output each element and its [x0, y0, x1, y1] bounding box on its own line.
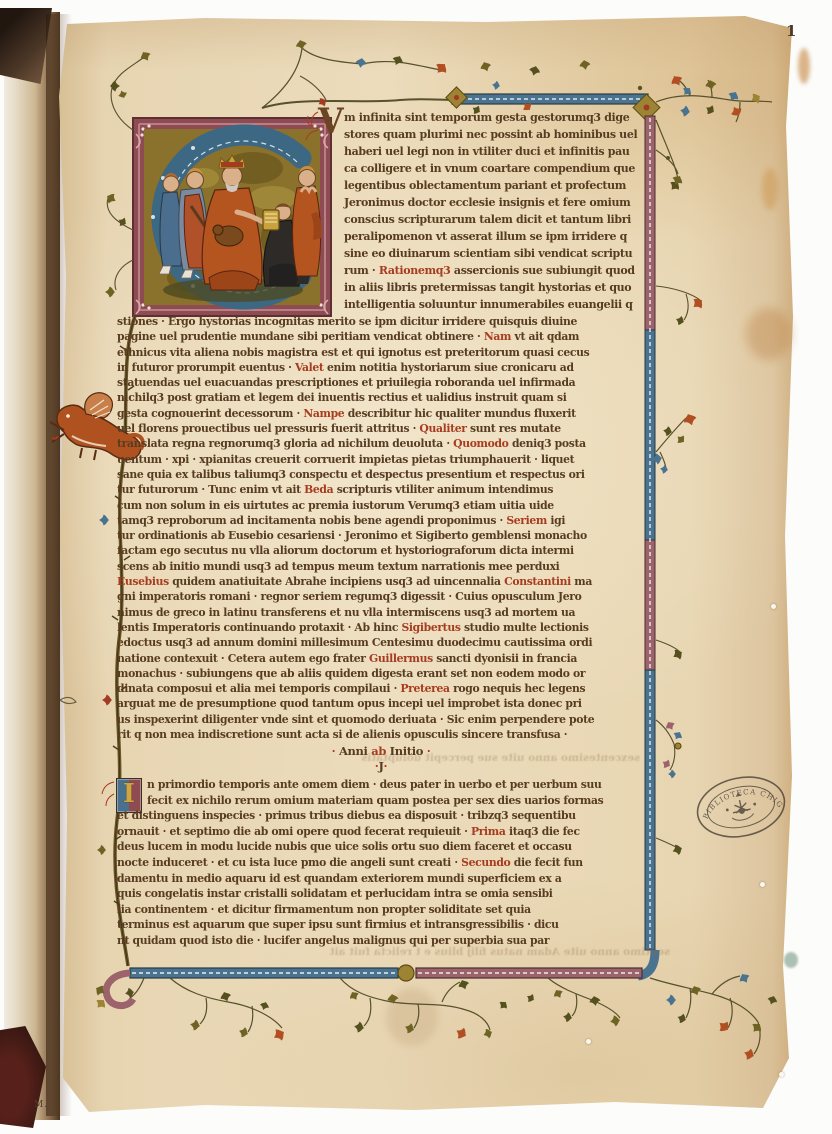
text-line: damentu in medio aquaru id est quandam e…: [117, 871, 647, 887]
text-line: Eusebius quidem anatiuitate Abrahe incip…: [117, 574, 645, 589]
text-line: lentis Imperatoris continuando protaxit …: [117, 620, 645, 635]
text-line: stores quam plurimi nec possint ab homin…: [344, 126, 644, 143]
text-line: lia continentem · et dicitur firmamentum…: [117, 902, 647, 918]
text-line: nimus de greco in latinu transferens et …: [117, 605, 645, 620]
pinhole: [771, 604, 776, 609]
text-line: m infinita sint temporum gesta gestorumq…: [344, 109, 644, 126]
text-line: deus lucem in modu lucide nubis que uice…: [117, 839, 647, 855]
manuscript-photo: V m infinita sint temporum gesta gestoru…: [0, 0, 832, 1134]
folio-number: 1: [786, 22, 796, 40]
text-line: in futuror prorumpit euentus · Valet eni…: [117, 360, 645, 375]
text-line: ca colligere et in vnum coartare compend…: [344, 160, 644, 177]
text-line: rum · Rationemq3 assercionis sue subiung…: [344, 262, 644, 279]
text-line: rit q non mea indiscretione sunt acta si…: [117, 727, 645, 742]
text-line: intelligentia soluuntur innumerabiles eu…: [344, 296, 644, 313]
corner-m-mark: M.: [34, 1100, 48, 1110]
pinhole: [586, 1039, 591, 1044]
stain: [798, 48, 810, 84]
text-line: edoctus usq3 ad annum domini millesimum …: [117, 635, 645, 650]
text-line: haberi uel legi non in vtiliter duci et …: [344, 143, 644, 160]
text-line: natione contexuit · Cetera autem ego fra…: [117, 651, 645, 666]
stain: [784, 952, 798, 968]
text-line: sane quia ex talibus taliumq3 conspectu …: [117, 467, 645, 482]
text-line: conscius scripturarum talem dicit et tan…: [344, 211, 644, 228]
text-block-2-in-primordio: n primordio temporis ante omem diem · de…: [117, 777, 647, 949]
text-line: n primordio temporis ante omem diem · de…: [117, 777, 647, 793]
text-line: arguat me de presumptione quod tantum op…: [117, 696, 645, 711]
text-line: ornauit · et septimo die ab omi opere qu…: [117, 824, 647, 840]
text-line: gni imperatoris romani · regnor seriem r…: [117, 589, 645, 604]
text-line: tamq3 reproborum ad incitamenta nobis be…: [117, 513, 645, 528]
text-line: peralipomenon vt asserat illum se ipm ir…: [344, 228, 644, 245]
text-line: legentibus oblectamentum pariant et prof…: [344, 177, 644, 194]
text-line: factam ego secutus nu vlla aliorum docto…: [117, 543, 645, 558]
verso-showthrough-line: sexcentesimo anno uite sue percepit uolu…: [330, 752, 640, 764]
text-line: nichilq3 post gratiam et legem dei inuen…: [117, 390, 645, 405]
text-line: nocte induceret · et cu ista luce pmo di…: [117, 855, 647, 871]
text-line: et distinguens inspecies · primus tribus…: [117, 808, 647, 824]
text-line: uentum · xpi · xpianitas creuerit corrue…: [117, 452, 645, 467]
verso-showthrough-line: septimo anno uite Adam natus filij blius…: [250, 946, 670, 958]
text-line: tur ordinationis ab Eusebio cesariensi ·…: [117, 528, 645, 543]
text-line: gesta cognouerint decessorum · Nampe des…: [117, 406, 645, 421]
pinhole: [779, 1072, 784, 1077]
text-line: uel florens prouectibus uel pressuris fu…: [117, 421, 645, 436]
text-line: fecit ex nichilo rerum omium materiam qu…: [117, 793, 647, 809]
text-line: sine eo diuinarum scientiam sibi vendica…: [344, 245, 644, 262]
text-block-1-beside-miniature: m infinita sint temporum gesta gestorumq…: [344, 109, 644, 313]
text-block-1-full-width: stiones · Ergo hystorias incognitas meri…: [117, 314, 645, 742]
pinhole: [760, 882, 765, 887]
text-line: us inspexerint diligenter vnde sint et q…: [117, 712, 645, 727]
text-line: in aliis libris pretermissas tangit hyst…: [344, 279, 644, 296]
text-line: ethnicus vita aliena nobis magistra est …: [117, 345, 645, 360]
text-line: scens ab initio mundi usq3 ad tempus meu…: [117, 559, 645, 574]
text-line: monachus · subiungens que ab aliis quide…: [117, 666, 645, 681]
text-line: tur futurorum · Tunc enim vt ait Beda sc…: [117, 482, 645, 497]
text-line: statuendas uel euacuandas prescriptiones…: [117, 375, 645, 390]
text-line: translata regna regnorumq3 gloria ad nic…: [117, 436, 645, 451]
text-line: dinata composui et alia mei temporis com…: [117, 681, 645, 696]
text-line: stiones · Ergo hystorias incognitas meri…: [117, 314, 645, 329]
text-line: Jeronimus doctor ecclesie insignis et fe…: [344, 194, 644, 211]
text-line: quis congelatis instar cristalli solidat…: [117, 886, 647, 902]
text-line: terminus est aquarum que super ipsu sunt…: [117, 917, 647, 933]
text-line: cum non solum in eis uirtutes ac premia …: [117, 498, 645, 513]
text-line: pagine uel prudentie mundane sibi periti…: [117, 329, 645, 344]
drop-cap-V: V: [318, 103, 344, 138]
